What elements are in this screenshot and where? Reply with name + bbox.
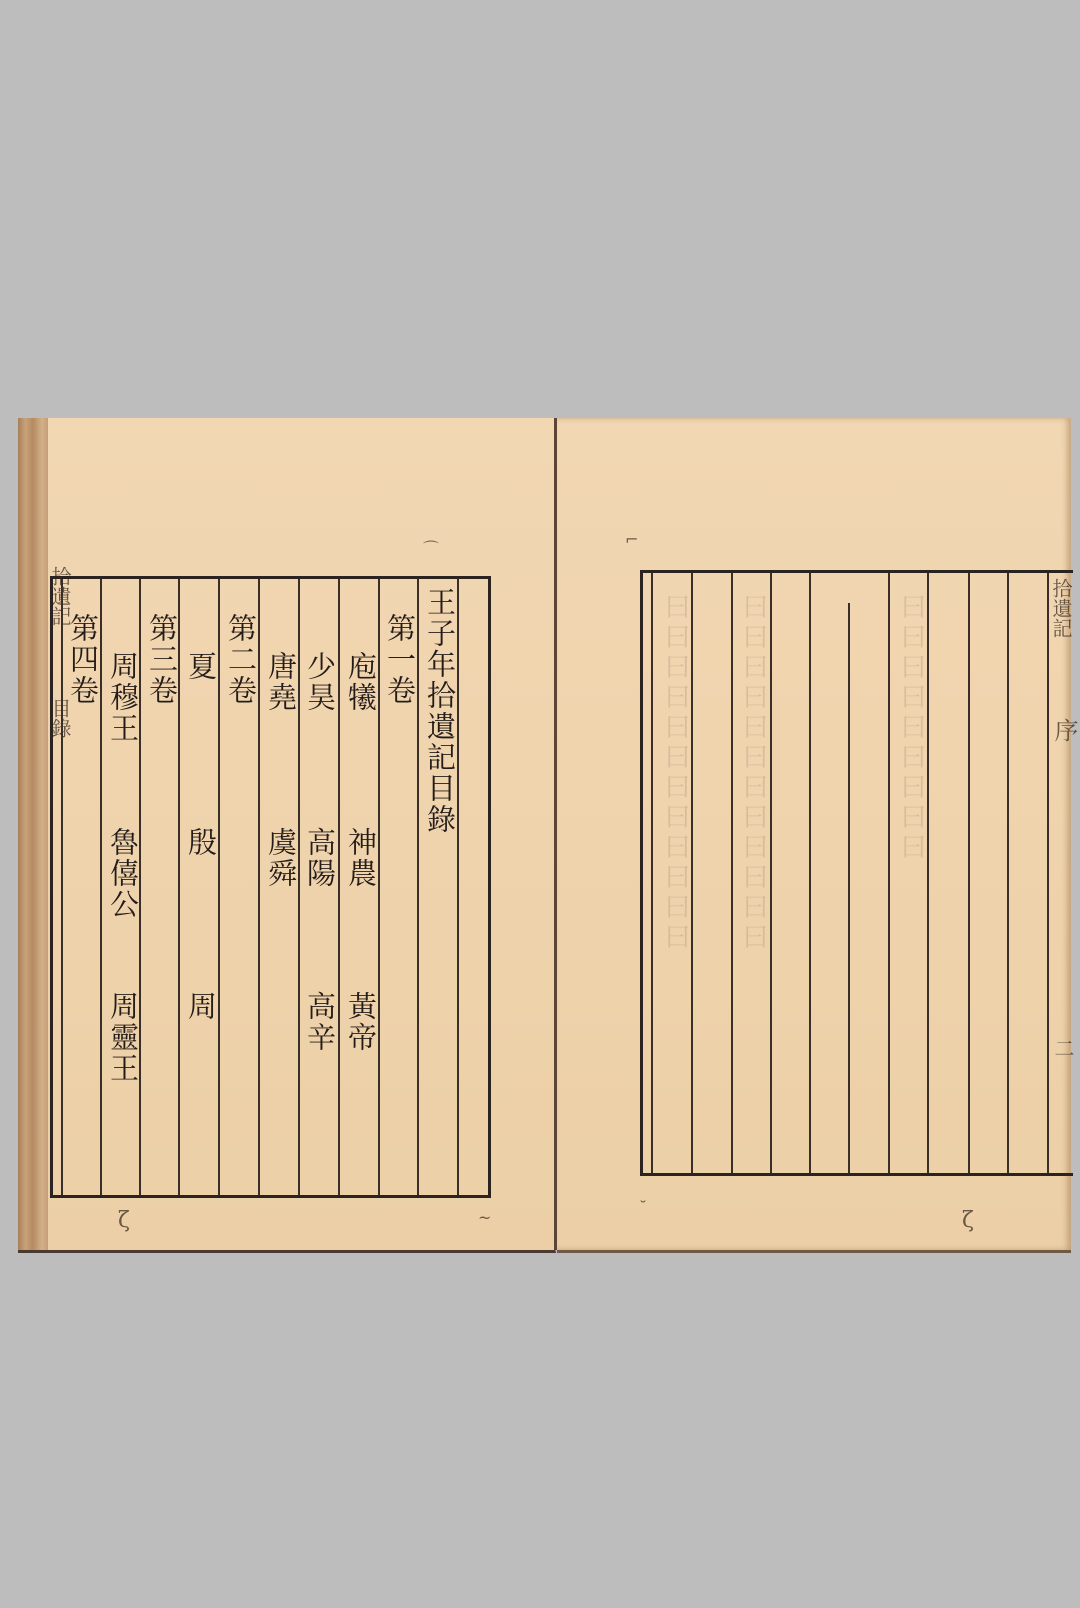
right-page: 曰曰曰曰曰曰曰曰曰曰曰曰 曰曰曰曰曰曰曰曰曰曰曰曰 曰曰曰曰曰曰曰曰曰 拾遺記 … <box>557 418 1071 1253</box>
paper-wormhole: ζ <box>118 1208 130 1233</box>
column-rule <box>417 579 419 1195</box>
toc-entry: 高辛 <box>303 991 337 1053</box>
bleed-through-text: 曰曰曰曰曰曰曰曰曰曰曰曰 <box>735 593 772 953</box>
toc-volume-heading: 第四卷 <box>66 613 100 706</box>
column-rule <box>1047 573 1049 1173</box>
toc-entry: 魯僖公 <box>106 827 140 920</box>
toc-volume-heading: 第一卷 <box>383 613 417 706</box>
open-book-spread: 拾遺記 目錄 王子年拾遺記目錄 第一卷 庖犧 神農 黃帝 少昊 高陽 高 <box>18 418 1072 1250</box>
column-rule <box>338 579 340 1195</box>
bleed-through-text: 曰曰曰曰曰曰曰曰曰 <box>893 593 930 863</box>
column-rule <box>809 573 811 1173</box>
paper-wormhole: ˘ <box>639 1198 647 1217</box>
left-page: 拾遺記 目錄 王子年拾遺記目錄 第一卷 庖犧 神農 黃帝 少昊 高陽 高 <box>18 418 556 1253</box>
toc-entry: 虞舜 <box>264 827 298 889</box>
column-rule <box>258 579 260 1195</box>
paper-wormhole: ~ <box>478 1208 491 1227</box>
paper-wormhole: ζ <box>962 1208 974 1233</box>
column-rule <box>298 579 300 1195</box>
column-rule <box>457 579 459 1195</box>
fold-edge-page-number: 二 <box>1049 1038 1078 1058</box>
paper-wormhole: ⌐ <box>625 530 638 549</box>
column-rule <box>968 573 970 1173</box>
column-rule <box>378 579 380 1195</box>
toc-entry: 唐堯 <box>264 651 298 713</box>
toc-entry: 夏 <box>184 651 218 682</box>
toc-entry: 庖犧 <box>344 651 378 713</box>
column-rule <box>731 573 733 1173</box>
toc-entry: 黃帝 <box>344 991 378 1053</box>
toc-entry: 高陽 <box>303 827 337 889</box>
column-rule <box>848 603 850 1173</box>
spine-edge <box>18 418 48 1250</box>
paper-wormhole: ⌒ <box>423 536 439 559</box>
toc-entry: 殷 <box>184 827 218 858</box>
bleed-through-text: 曰曰曰曰曰曰曰曰曰曰曰曰 <box>657 593 694 953</box>
toc-entry: 周靈王 <box>106 991 140 1084</box>
toc-title: 王子年拾遺記目錄 <box>423 587 457 835</box>
right-text-frame: 曰曰曰曰曰曰曰曰曰曰曰曰 曰曰曰曰曰曰曰曰曰曰曰曰 曰曰曰曰曰曰曰曰曰 <box>640 570 1073 1176</box>
toc-entry: 神農 <box>344 827 378 889</box>
column-rule <box>61 579 63 1195</box>
toc-volume-heading: 第三卷 <box>145 613 179 706</box>
fold-edge-section: 序 <box>1047 718 1080 742</box>
column-rule <box>100 579 102 1195</box>
column-rule <box>651 573 653 1173</box>
fold-edge-title: 拾遺記 <box>1047 578 1076 638</box>
toc-entry: 周 <box>184 991 218 1022</box>
column-rule <box>218 579 220 1195</box>
toc-entry: 周穆王 <box>106 651 140 744</box>
left-text-frame: 王子年拾遺記目錄 第一卷 庖犧 神農 黃帝 少昊 高陽 高辛 唐堯 虞舜 第二卷… <box>50 576 491 1198</box>
toc-entry: 少昊 <box>303 651 337 713</box>
toc-volume-heading: 第二卷 <box>224 613 258 706</box>
column-rule <box>1007 573 1009 1173</box>
column-rule <box>888 573 890 1173</box>
